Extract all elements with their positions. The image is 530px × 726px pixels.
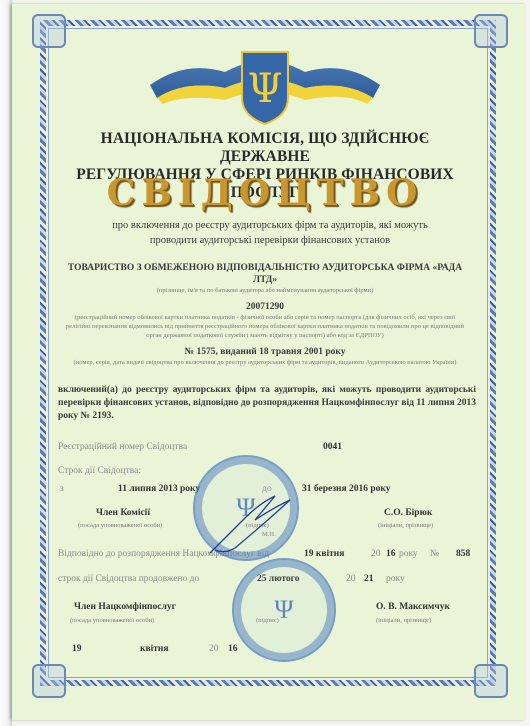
trident-icon: Ψ: [274, 595, 293, 625]
signature-icon: [205, 478, 295, 558]
official-seal-icon: Ψ: [232, 558, 336, 662]
trident-coat-of-arms-icon: Ψ: [242, 52, 288, 124]
inclusion-statement: включений(а) до реєстру аудиторських фір…: [58, 384, 476, 423]
from-label: з: [60, 484, 64, 494]
firm-name: ТОВАРИСТВО З ОБМЕЖЕНОЮ ВІДПОВІДАЛЬНІСТЮ …: [60, 262, 470, 274]
reg-number: 0041: [323, 442, 342, 452]
corner-ornament: [32, 14, 66, 48]
corner-ornament: [474, 664, 508, 698]
audit-chamber-note: (номер, серія, дата видачі свідоцтва про…: [60, 358, 470, 367]
svg-text:Ψ: Ψ: [247, 66, 282, 112]
signer2-position: Член Нацкомфінпослуг: [74, 602, 176, 612]
signer2-name: О. В. Максимчук: [376, 602, 450, 612]
signer1-position-note: (посада уповноваженої особи): [78, 521, 162, 530]
scan-edge: [0, 0, 12, 726]
signer1-position: Член Комісії: [96, 508, 150, 518]
signer1-name-note: (ініціали, прізвище): [378, 521, 433, 530]
validity-label: Строк дії Свідоцтва:: [58, 466, 141, 476]
signer2-position-note: (посада уповноваженої особи): [70, 616, 154, 625]
reg-number-label: Реєстраційний номер Свідоцтва: [58, 442, 187, 452]
from-date: 11 липня 2013 року: [118, 484, 200, 494]
to-date: 31 березня 2016 року: [302, 484, 391, 494]
extension-year: 16: [386, 549, 396, 559]
signer2-name-note: (ініціали, прізвище): [376, 616, 431, 625]
extended-until-year: 21: [364, 574, 374, 584]
audit-chamber-certificate: № 1575, виданий 18 травня 2001 року: [60, 346, 470, 358]
issue-day: 19: [72, 644, 82, 654]
firm-name-note: (прізвище, ім'я та по батькові аудитора …: [60, 286, 470, 295]
corner-ornament: [474, 14, 508, 48]
issue-month: квітня: [140, 644, 169, 654]
certificate-subtitle: про включення до реєстру аудиторських фі…: [70, 218, 470, 248]
firm-block: ТОВАРИСТВО З ОБМЕЖЕНОЮ ВІДПОВІДАЛЬНІСТЮ …: [60, 262, 470, 367]
edrpou-note: (реєстраційний номер облікової картки пл…: [60, 313, 470, 340]
document-title: СВІДОЦТВО: [60, 172, 470, 214]
signer1-name: С.О. Бірюк: [384, 508, 432, 518]
edrpou-code: 20071290: [60, 301, 470, 313]
corner-ornament: [32, 664, 66, 698]
extension-order-number: 858: [456, 549, 470, 559]
issue-year: 16: [228, 644, 238, 654]
flag-ribbon-icon: Ψ: [145, 40, 385, 125]
extended-until-label: строк дії Свідоцтва продовжено до: [58, 574, 199, 584]
extension-date: 19 квітня: [304, 549, 344, 559]
